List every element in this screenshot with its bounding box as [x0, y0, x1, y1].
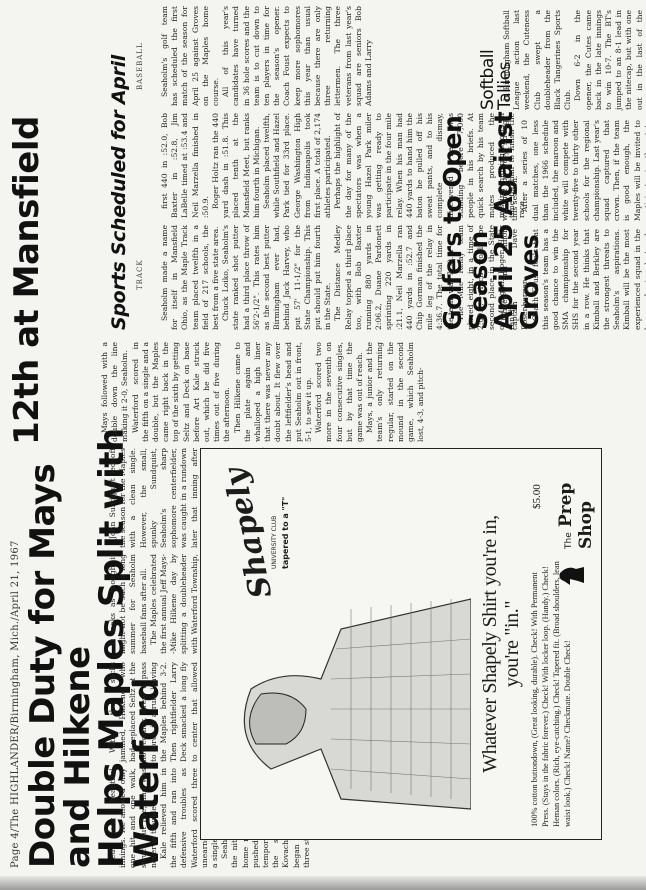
headline-mansfield: 12th at Mansfield	[10, 116, 45, 445]
chess-knight-icon	[556, 561, 586, 589]
headline-sports-scheduled: Sports Scheduled for April	[110, 10, 129, 330]
ad-price: $5.00	[531, 484, 543, 509]
shapely-tagline: tapered to a "T"	[281, 497, 290, 569]
page-folio: Page 4/The HIGHLANDER/Birmingham, Mich./…	[10, 540, 21, 868]
softball-col-1: In Birmingham Softball League action las…	[502, 10, 646, 110]
golfers-col-2: Jelinek and junior captain Dave Rosenber…	[500, 120, 646, 330]
shirt-model-illustration	[211, 579, 471, 829]
newspaper-page: Page 4/The HIGHLANDER/Birmingham, Mich./…	[0, 0, 646, 890]
headline-line-1: Double Duty for Mays and Hilkene	[26, 398, 95, 868]
ad-title: Whatever Shapely Shirt you're in, you're…	[479, 459, 523, 829]
label-baseball: BASEBALL	[136, 42, 144, 90]
shapely-shirt-ad: Shapely UNIVERSITY CLUB tapered to a "T"…	[200, 448, 602, 840]
prep-shop-logo: The Prep Shop	[556, 449, 596, 549]
scanned-page: Page 4/The HIGHLANDER/Birmingham, Mich./…	[0, 0, 646, 890]
label-track: TRACK	[136, 259, 144, 290]
double-duty-col-3: Mays followed with a double down the lin…	[100, 342, 427, 442]
shapely-sub-brand: UNIVERSITY CLUB	[271, 516, 278, 569]
golfers-col-1: Seaholm's golf team has scheduled the fi…	[160, 6, 374, 106]
page-edge-shadow	[0, 876, 646, 890]
ad-body-copy: 100% cotton buttondown, (Great looking, …	[529, 557, 573, 827]
